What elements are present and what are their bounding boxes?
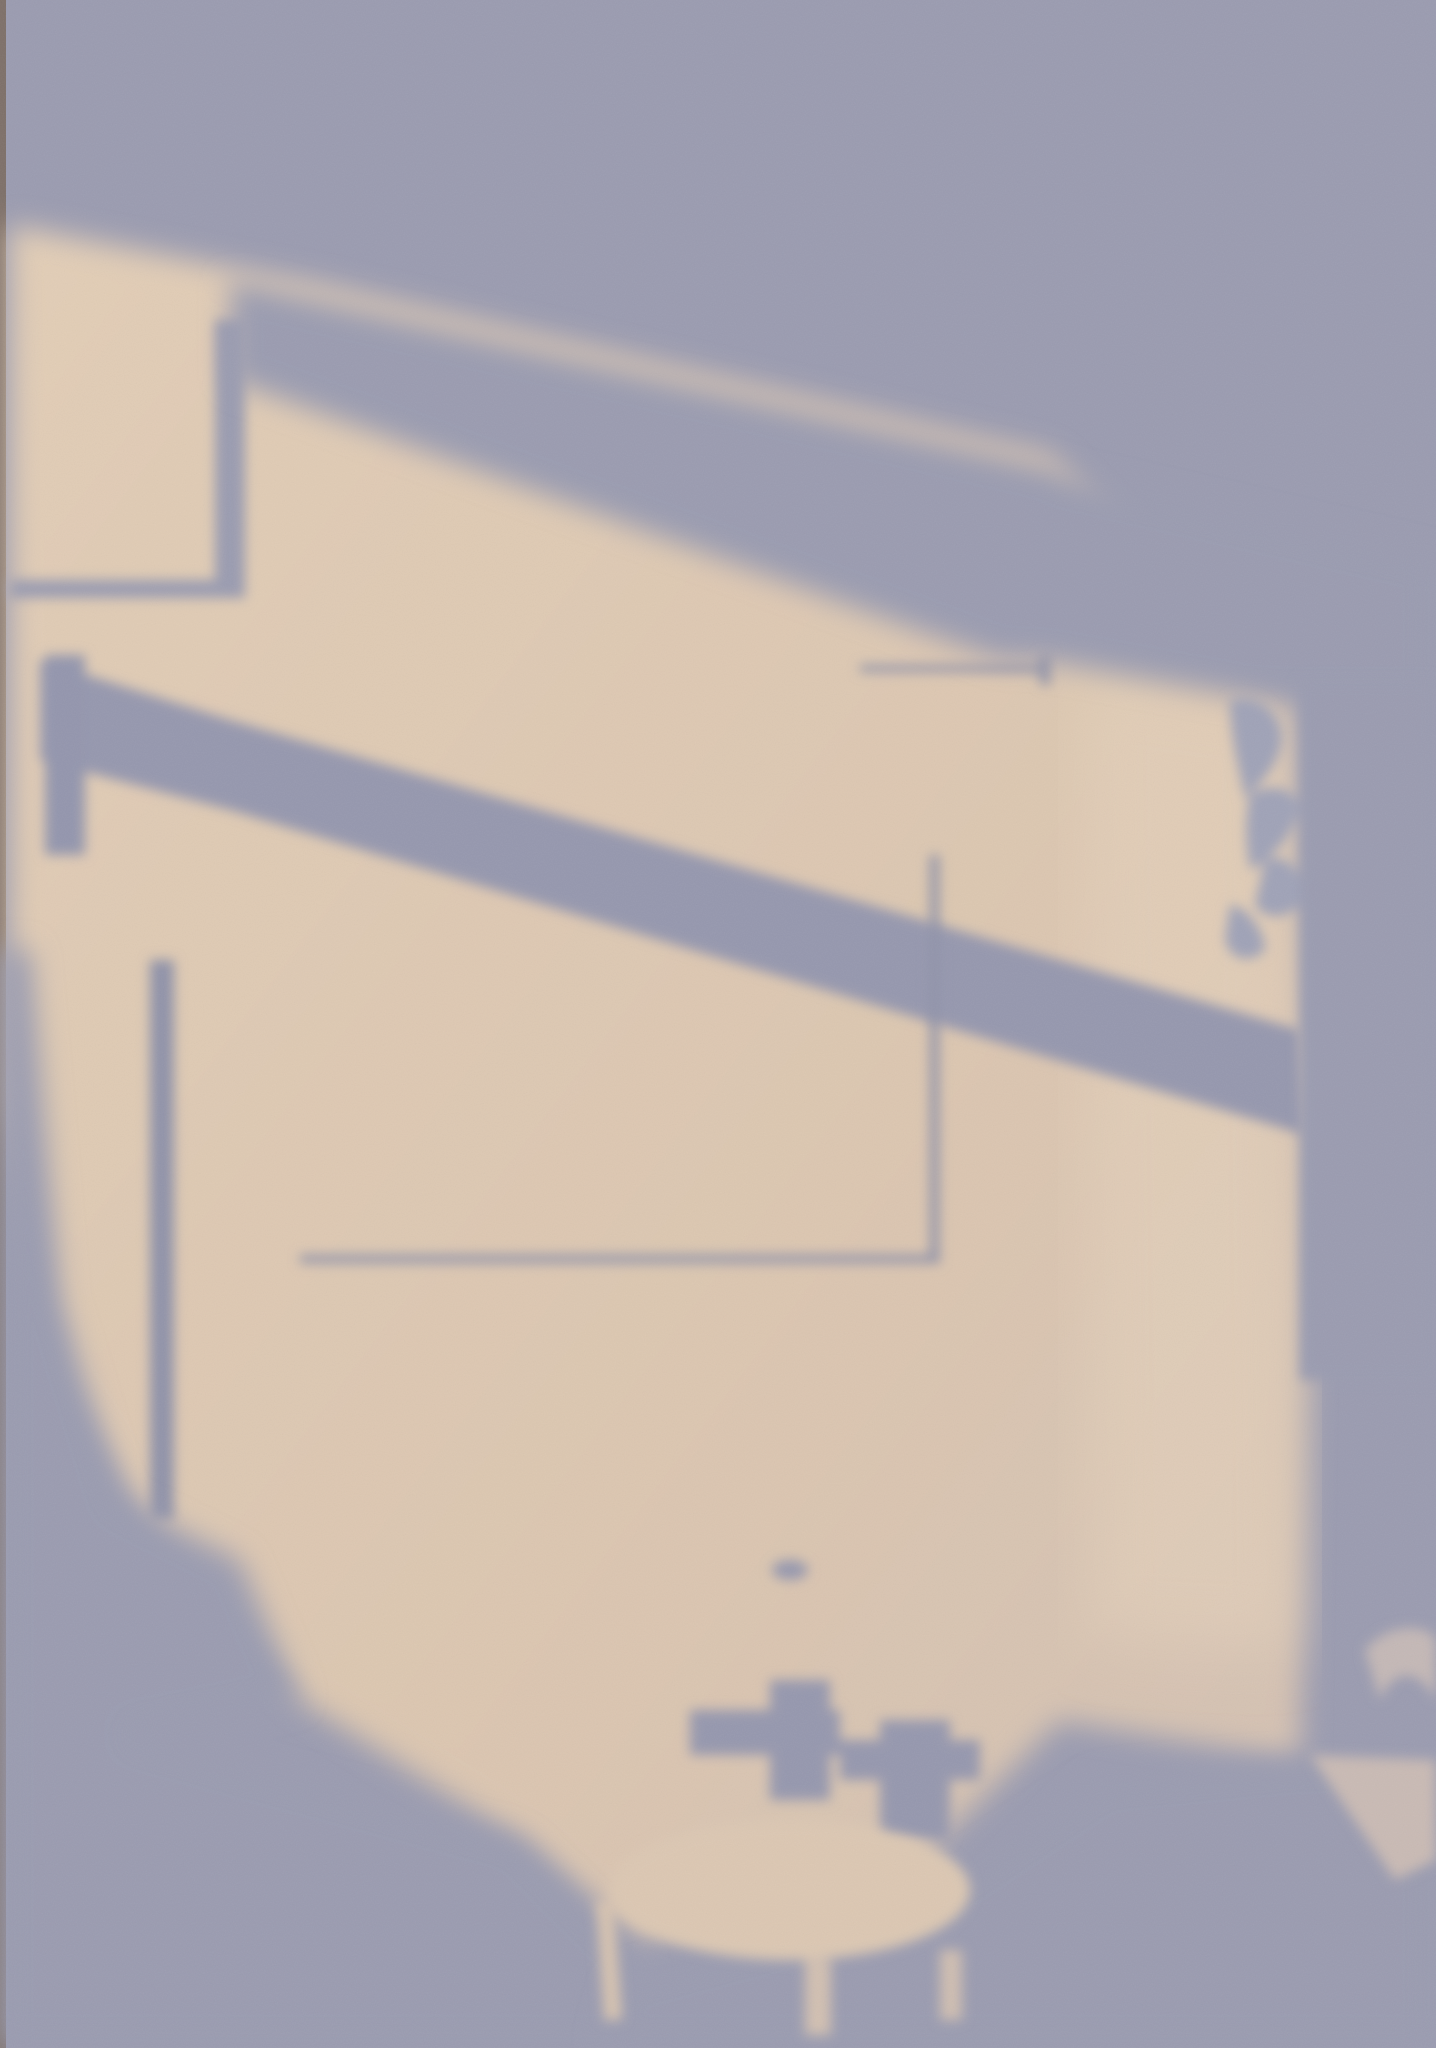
print-artwork [0, 0, 1436, 2048]
paper-grain [0, 0, 1436, 2048]
cyanotype-print: Sunlight falling through a window onto a… [0, 0, 1436, 2048]
